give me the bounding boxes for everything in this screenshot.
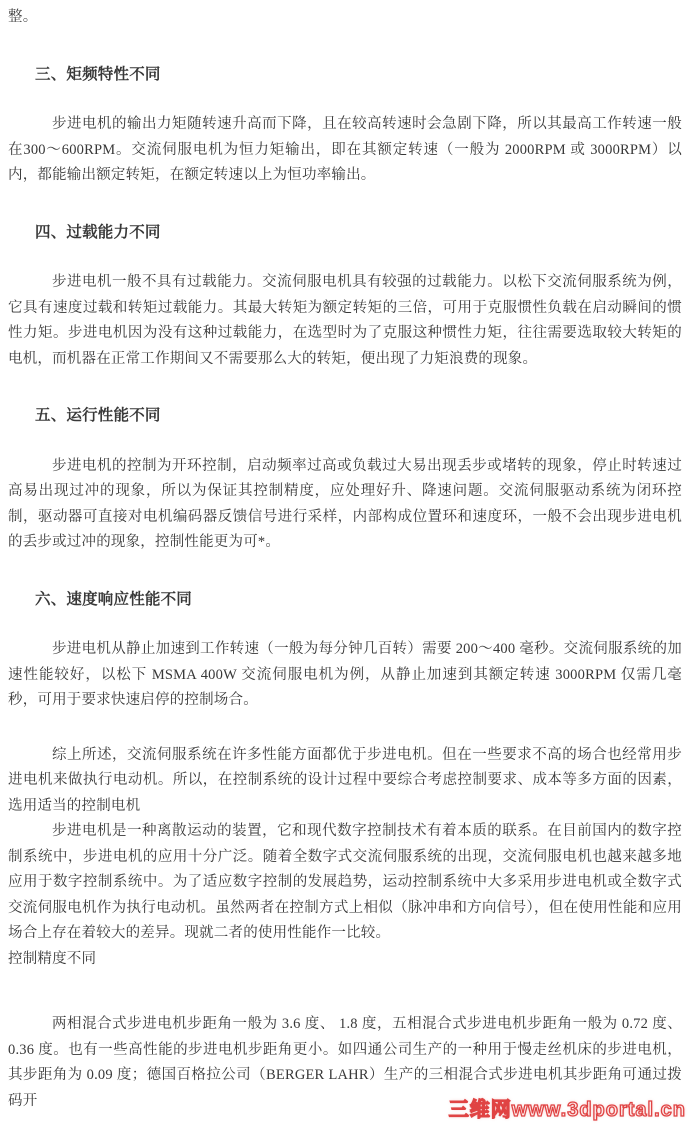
paragraph: 步进电机的输出力矩随转速升高而下降，且在较高转速时会急剧下降，所以其最高工作转速…: [8, 112, 682, 189]
paragraph-fragment: 整。: [8, 5, 682, 31]
text-line: 控制精度不同: [8, 947, 682, 973]
paragraph: 步进电机的控制为开环控制，启动频率过高或负载过大易出现丢步或堵转的现象，停止时转…: [8, 454, 682, 556]
paragraph: 步进电机是一种离散运动的装置，它和现代数字控制技术有着本质的联系。在目前国内的数…: [8, 819, 682, 947]
paragraph: 综上所述，交流伺服系统在许多性能方面都优于步进电机。但在一些要求不高的场合也经常…: [8, 743, 682, 820]
section-heading: 四、过载能力不同: [8, 220, 682, 246]
paragraph: 步进电机从静止加速到工作转速（一般为每分钟几百转）需要 200～400 毫秒。交…: [8, 637, 682, 714]
paragraph: 步进电机一般不具有过载能力。交流伺服电机具有较强的过载能力。以松下交流伺服系统为…: [8, 270, 682, 372]
section-heading: 六、速度响应性能不同: [8, 587, 682, 613]
document-page: 整。三、矩频特性不同步进电机的输出力矩随转速升高而下降，且在较高转速时会急剧下降…: [0, 0, 689, 1124]
section-heading: 三、矩频特性不同: [8, 62, 682, 88]
section-heading: 五、运行性能不同: [8, 403, 682, 429]
document-body: 整。三、矩频特性不同步进电机的输出力矩随转速升高而下降，且在较高转速时会急剧下降…: [8, 5, 682, 1114]
watermark: 三维网www.3dportal.cn: [449, 1093, 686, 1122]
